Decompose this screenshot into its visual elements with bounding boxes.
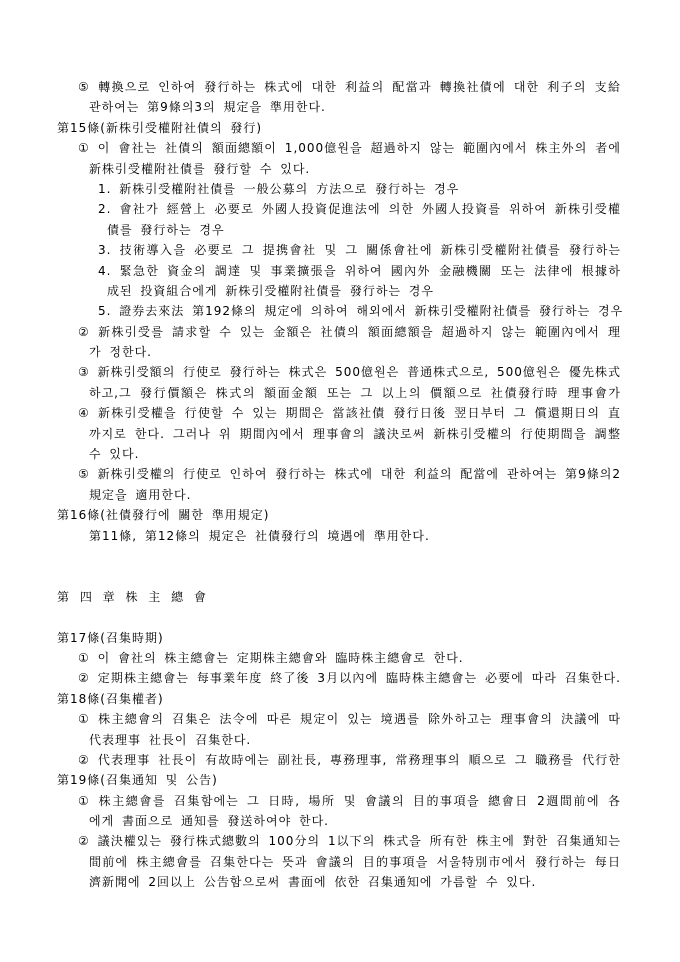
clause-line: ⑤ 新株引受權의 行使로 인하여 發行하는 株式에 대한 利益의 配當에 관하여… <box>57 464 621 484</box>
list-item-line: 5. 證券去來法 第192條의 規定에 의하여 해외에서 新株引受權附社債를 發… <box>57 301 621 321</box>
clause-line: 수 있다. <box>57 444 621 464</box>
clause-line: ② 定期株主總會는 每事業年度 終了後 3月以內에 臨時株主總會는 必要에 따라… <box>57 668 621 688</box>
list-item-line: 2. 會社가 經營上 必要로 外國人投資促進法에 의한 外國人投資를 위하여 新… <box>57 199 621 219</box>
article-header: 第18條(召集權者) <box>57 689 621 709</box>
blank-line <box>57 607 621 627</box>
clause-line: 관하여는 第9條의3의 規定을 準用한다. <box>57 97 621 117</box>
clause-line: 에게 書面으로 通知를 發送하여야 한다. <box>57 811 621 831</box>
list-item-line: 3. 技術導入을 必要로 그 提携會社 및 그 關係會社에 新株引受權附社債를 … <box>57 240 621 260</box>
clause-line: ① 株主總會를 召集함에는 그 日時, 場所 및 會議의 目的事項을 總會日 2… <box>57 791 621 811</box>
list-item-line: 4. 緊急한 資金의 調達 및 事業擴張을 위하여 國內外 金融機關 또는 法律… <box>57 261 621 281</box>
clause-line: 規定을 適用한다. <box>57 485 621 505</box>
clause-line: 第11條, 第12條의 規定은 社債發行의 境遇에 準用한다. <box>57 526 621 546</box>
clause-line: ② 代表理事 社長이 有故時에는 副社長, 專務理事, 常務理事의 順으로 그 … <box>57 750 621 770</box>
clause-line: ④ 新株引受權을 行使할 수 있는 期間은 當該社債 發行日後 翌日부터 그 償… <box>57 403 621 423</box>
article-header: 第19條(召集通知 및 公告) <box>57 770 621 790</box>
list-item-line: 成된 投資組合에게 新株引受權附社債를 發行하는 경우 <box>57 281 621 301</box>
clause-line: ① 이 會社는 社債의 額面總額이 1,000億원을 超過하지 않는 範圍內에서… <box>57 138 621 158</box>
clause-line: 濟新聞에 2回以上 公告함으로써 書面에 依한 召集通知에 가름할 수 있다. <box>57 872 621 892</box>
blank-line <box>57 566 621 586</box>
document-body: ⑤ 轉換으로 인하여 發行하는 株式에 대한 利益의 配當과 轉換社債에 대한 … <box>57 77 621 893</box>
clause-line: 間前에 株主總會를 召集한다는 뜻과 會議의 目的事項을 서울特別市에서 發行하… <box>57 852 621 872</box>
article-header: 第16條(社債發行에 關한 準用規定) <box>57 505 621 525</box>
list-item-line: 1. 新株引受權附社債를 一般公募의 方法으로 發行하는 경우 <box>57 179 621 199</box>
clause-line: 代表理事 社長이 召集한다. <box>57 730 621 750</box>
document-page: ⑤ 轉換으로 인하여 發行하는 株式에 대한 利益의 配當과 轉換社債에 대한 … <box>0 0 680 962</box>
clause-line: ② 議決權있는 發行株式總數의 100分의 1以下의 株式을 所有한 株主에 對… <box>57 831 621 851</box>
clause-line: ② 新株引受를 請求할 수 있는 金額은 社債의 額面總額을 超過하지 않는 範… <box>57 322 621 342</box>
blank-line <box>57 546 621 566</box>
list-item-line: 債를 發行하는 경우 <box>57 220 621 240</box>
article-header: 第17條(召集時期) <box>57 628 621 648</box>
clause-line: ① 株主總會의 召集은 法令에 따른 規定이 있는 境遇를 除外하고는 理事會의… <box>57 709 621 729</box>
clause-line: 까지로 한다. 그러나 위 期間內에서 理事會의 議決로써 新株引受權의 行使期… <box>57 424 621 444</box>
chapter-heading: 第 四 章 株 主 總 會 <box>57 587 621 607</box>
article-header: 第15條(新株引受權附社債의 發行) <box>57 118 621 138</box>
clause-line: ③ 新株引受額의 行使로 發行하는 株式은 500億원은 普通株式으로, 500… <box>57 362 621 382</box>
clause-line: 新株引受權附社債를 發行할 수 있다. <box>57 159 621 179</box>
clause-line: ⑤ 轉換으로 인하여 發行하는 株式에 대한 利益의 配當과 轉換社債에 대한 … <box>57 77 621 97</box>
clause-line: ① 이 會社의 株主總會는 定期株主總會와 臨時株主總會로 한다. <box>57 648 621 668</box>
clause-line: 하고,그 發行價額은 株式의 額面金額 또는 그 以上의 價額으로 社債發行時 … <box>57 383 621 403</box>
clause-line: 가 정한다. <box>57 342 621 362</box>
